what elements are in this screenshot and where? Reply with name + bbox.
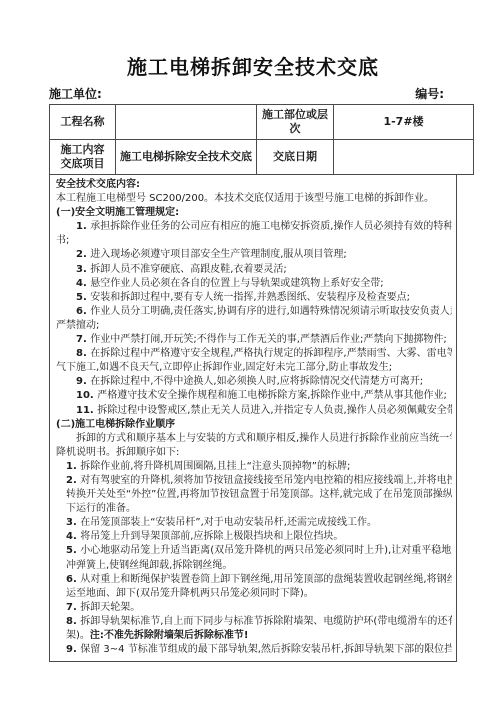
page-title: 施工电梯拆卸安全技术交底 — [49, 0, 457, 80]
content-line: 下运行的准备。 — [55, 502, 452, 516]
content-line: 架)。注:不准先拆除附墙架后拆除标准节! — [55, 629, 452, 643]
content-line: 4. 将吊笼上升到导架顶部前,应拆除上极限挡块和上限位挡块。 — [55, 530, 452, 544]
content-line: 3. 在吊笼顶部装上“安装吊杆”,对于电动安装吊杆,还需完成接线工作。 — [55, 516, 452, 530]
content-line: 2. 对有驾驶室的升降机,须将加节按钮盒接线接至吊笼内电控箱的相应接线端上,并将… — [55, 474, 452, 488]
content-line: 8. 在拆除过程中严格遵守安全规程,严格执行规定的拆卸程序,严禁雨雪、大雾、雷电… — [55, 347, 452, 361]
content-line: 安全技术交底内容: — [55, 178, 452, 192]
content-line: 6. 从对重上和断绳保护装置卷筒上卸下钢丝绳,用吊笼顶部的盘绳装置收起钢丝绳,将… — [55, 573, 452, 587]
construction-part-label: 施工部位或层次 — [257, 105, 334, 140]
table-row: 工程名称 施工部位或层次 1-7#楼 — [50, 105, 474, 140]
content-line: 冲弹簧上,使钢丝绳卸载,拆除钢丝绳。 — [55, 559, 452, 573]
content-line: 1. 承担拆除作业任务的公司应有相应的施工电梯安拆资质,操作人员必须持有效的特种… — [55, 220, 452, 234]
construction-part-value: 1-7#楼 — [334, 105, 474, 140]
content-line: 降机说明书。拆卸顺序如下: — [55, 446, 452, 460]
content-line: 3. 拆卸人员不准穿硬底、高跟皮鞋,衣着要灵活; — [55, 263, 452, 277]
content-line: (一)安全文明施工管理规定: — [55, 206, 452, 220]
content-line: 11. 拆除过程中设警戒区,禁止无关人员进入,并指定专人负责,操作人员必须佩戴安… — [55, 404, 452, 418]
project-name-label: 工程名称 — [50, 105, 116, 140]
meta-row: 施工单位: 编号: — [49, 85, 457, 102]
content-line: 9. 保留 3~4 节标准节组成的最下部导轨架,然后拆除安装吊杆,拆卸导轨架下部… — [55, 643, 452, 657]
content-line: 8. 拆卸导轨架标准节,自上而下同步与标准节拆除附墙架、电缆防护环(带电缆滑车的… — [55, 615, 452, 629]
content-line: 10. 严格遵守技术安全操作规程和施工电梯拆除方案,拆除作业中,严禁从事其他作业… — [55, 389, 452, 403]
content-line: 本工程施工电梯型号 SC200/200。本技术交底仅适用于该型号施工电梯的拆卸作… — [55, 192, 452, 206]
content-lines: 安全技术交底内容:本工程施工电梯型号 SC200/200。本技术交底仅适用于该型… — [49, 175, 457, 662]
content-line: (二)施工电梯拆除作业顺序 — [55, 418, 452, 432]
content-line: 运至地面、卸下(双吊笼升降机两只吊笼必须同时下降)。 — [55, 587, 452, 601]
content-line: 拆卸的方式和顺序基本上与安装的方式和顺序相反,操作人员进行拆除作业前应当统一学习… — [55, 432, 452, 446]
content-line: 5. 安装和拆卸过程中,要有专人统一指挥,并熟悉图纸、安装程序及检查要点; — [55, 291, 452, 305]
disclosure-date-label: 交底日期 — [257, 140, 334, 175]
document-page: 施工电梯拆卸安全技术交底 施工单位: 编号: 工程名称 施工部位或层次 1-7#… — [0, 0, 500, 707]
construction-unit-label: 施工单位: — [49, 85, 102, 102]
content-line: 7. 拆卸天轮架。 — [55, 601, 452, 615]
content-line: 6. 作业人员分工明确,责任落实,协调有序的进行,如遇特殊情况须请示听取技安负责… — [55, 305, 452, 319]
content-line: 转换开关处至“外控”位置,再将加节按钮盒置于吊笼顶部。这样,就完成了在吊笼顶部操… — [55, 488, 452, 502]
info-table: 工程名称 施工部位或层次 1-7#楼 施工内容 交底项目 施工电梯拆除安全技术交… — [49, 104, 474, 175]
content-line: 2. 进入现场必须遵守项目部安全生产管理制度,服从项目管理; — [55, 248, 452, 262]
content-line: 1. 拆除作业前,将升降机周围圈隔,且挂上“注意头顶掉物”的标牌; — [55, 460, 452, 474]
document-number-label: 编号: — [415, 85, 457, 102]
content-line: 4. 悬空作业人员必须在各自的位置上与导轨架或建筑物上系好安全带; — [55, 277, 452, 291]
construction-content-label-line1: 施工内容 — [52, 143, 113, 157]
project-name-value — [116, 105, 257, 140]
construction-content-label: 施工内容 交底项目 — [50, 140, 116, 175]
content-line: 5. 小心地驱动吊笼上升适当距离(双吊笼升降机的两只吊笼必须同时上升),让对重平… — [55, 544, 452, 558]
content-line: 严禁擅动; — [55, 319, 452, 333]
disclosure-date-value — [334, 140, 474, 175]
disclosure-project-value: 施工电梯拆除安全技术交底 — [116, 140, 257, 175]
content-line: 书; — [55, 234, 452, 248]
content-line: 9. 在拆除过程中,不得中途换人,如必须换人时,应将拆除情况交代清楚方可离开; — [55, 375, 452, 389]
content-line: 气下施工,如遇不良天气,立即停止拆卸作业,固定好未完工部分,防止事故发生; — [55, 361, 452, 375]
construction-content-label-line2: 交底项目 — [52, 157, 113, 171]
content-line: 7. 作业中严禁打闹,开玩笑;不得作与工作无关的事,严禁酒后作业;严禁向下抛掷物… — [55, 333, 452, 347]
table-row: 施工内容 交底项目 施工电梯拆除安全技术交底 交底日期 — [50, 140, 474, 175]
